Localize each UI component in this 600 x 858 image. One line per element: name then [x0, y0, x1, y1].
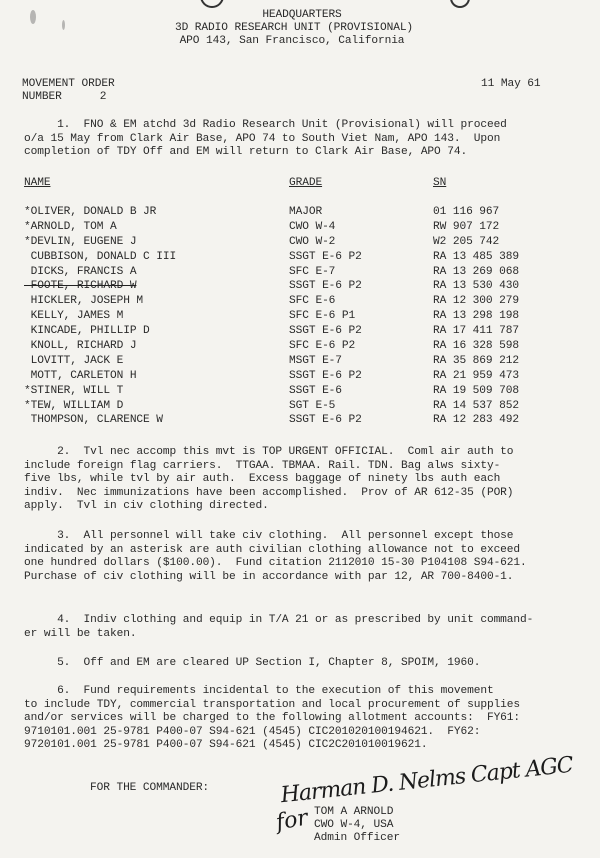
cell-name: *STINER, WILL T	[24, 385, 123, 398]
cell-grade: SFC E-6 P1	[289, 310, 355, 323]
paragraph-line: 9710101.001 25-9781 P400-07 S94-621 (454…	[24, 726, 584, 740]
cell-sn: RA 12 283 492	[433, 414, 519, 427]
paragraph-line: Purchase of civ clothing will be in acco…	[24, 571, 584, 585]
paragraph-line: indiv. Nec immunizations have been accom…	[24, 487, 584, 501]
table-row: MOTT, CARLETON HSSGT E-6 P2RA 21 959 473	[24, 370, 584, 385]
cell-sn: RA 14 537 852	[433, 400, 519, 413]
cell-name: *TEW, WILLIAM D	[24, 400, 123, 413]
table-row: *TEW, WILLIAM DSGT E-5RA 14 537 852	[24, 400, 584, 415]
cell-name: LOVITT, JACK E	[24, 355, 123, 368]
table-row: *ARNOLD, TOM ACWO W-4RW 907 172	[24, 221, 584, 236]
table-row: FOOTE, RICHARD WSSGT E-6 P2RA 13 530 430	[24, 280, 584, 295]
paragraph-4: 4. Indiv clothing and equip in T/A 21 or…	[24, 614, 584, 641]
cell-grade: MSGT E-7	[289, 355, 342, 368]
letterhead-line1: HEADQUARTERS	[4, 9, 600, 22]
paragraph-line: er will be taken.	[24, 628, 584, 642]
paragraph-2: 2. Tvl nec accomp this mvt is TOP URGENT…	[24, 446, 584, 514]
cell-sn: RA 13 269 068	[433, 266, 519, 279]
cell-grade: SSGT E-6 P2	[289, 414, 362, 427]
header-sn: SN	[433, 177, 446, 190]
signer-title: Admin Officer	[314, 832, 400, 845]
paragraph-1: 1. FNO & EM atchd 3d Radio Research Unit…	[24, 119, 584, 160]
cell-grade: CWO W-2	[289, 236, 335, 249]
cell-sn: RA 35 869 212	[433, 355, 519, 368]
paragraph-line: indicated by an asterisk are auth civili…	[24, 544, 584, 558]
cell-sn: RA 12 300 279	[433, 295, 519, 308]
order-date: 11 May 61	[481, 78, 541, 91]
cell-grade: SFC E-6	[289, 295, 335, 308]
paragraph-line: one hundred dollars ($100.00). Fund cita…	[24, 557, 584, 571]
personnel-rows: *OLIVER, DONALD B JRMAJOR01 116 967*ARNO…	[24, 206, 584, 429]
cell-name: *ARNOLD, TOM A	[24, 221, 117, 234]
paragraph-line: apply. Tvl in civ clothing directed.	[24, 500, 584, 514]
cell-name: DICKS, FRANCIS A	[24, 266, 136, 279]
cell-name: KNOLL, RICHARD J	[24, 340, 136, 353]
table-row: HICKLER, JOSEPH MSFC E-6RA 12 300 279	[24, 295, 584, 310]
paragraph-line: 5. Off and EM are cleared UP Section I, …	[24, 657, 584, 671]
cell-sn: RA 17 411 787	[433, 325, 519, 338]
signer-name: TOM A ARNOLD	[314, 806, 400, 819]
table-row: THOMPSON, CLARENCE WSSGT E-6 P2RA 12 283…	[24, 414, 584, 429]
cell-sn: RA 21 959 473	[433, 370, 519, 383]
cell-name: *DEVLIN, EUGENE J	[24, 236, 136, 249]
cell-name: HICKLER, JOSEPH M	[24, 295, 143, 308]
cell-grade: SSGT E-6	[289, 385, 342, 398]
paragraph-5: 5. Off and EM are cleared UP Section I, …	[24, 657, 584, 671]
cell-grade: SSGT E-6 P2	[289, 280, 362, 293]
cell-grade: SSGT E-6 P2	[289, 370, 362, 383]
table-row: *DEVLIN, EUGENE JCWO W-2W2 205 742	[24, 236, 584, 251]
cell-grade: MAJOR	[289, 206, 322, 219]
letterhead: HEADQUARTERS 3D RADIO RESEARCH UNIT (PRO…	[0, 9, 600, 48]
header-grade: GRADE	[289, 177, 322, 190]
signature-block: TOM A ARNOLD CWO W-4, USA Admin Officer	[314, 806, 400, 845]
order-number: 2	[100, 91, 107, 104]
table-row: *OLIVER, DONALD B JRMAJOR01 116 967	[24, 206, 584, 221]
cell-sn: RW 907 172	[433, 221, 499, 234]
table-row: KINCADE, PHILLIP DSSGT E-6 P2RA 17 411 7…	[24, 325, 584, 340]
cell-grade: SGT E-5	[289, 400, 335, 413]
cell-sn: RA 13 485 389	[433, 251, 519, 264]
header-name: NAME	[24, 177, 50, 190]
cell-grade: SSGT E-6 P2	[289, 325, 362, 338]
handwritten-signature: Harman D. Nelms Capt AGC	[279, 753, 573, 809]
order-number-line: NUMBER2	[22, 91, 115, 104]
paragraph-line: five lbs, while tvl by air auth. Excess …	[24, 473, 584, 487]
cell-grade: SFC E-6 P2	[289, 340, 355, 353]
cell-grade: SFC E-7	[289, 266, 335, 279]
paragraph-3: 3. All personnel will take civ clothing.…	[24, 530, 584, 584]
table-row: KNOLL, RICHARD JSFC E-6 P2RA 16 328 598	[24, 340, 584, 355]
paragraph-line: 1. FNO & EM atchd 3d Radio Research Unit…	[24, 119, 584, 133]
paragraph-line: include foreign flag carriers. TTGAA. TB…	[24, 460, 584, 474]
table-row: DICKS, FRANCIS ASFC E-7RA 13 269 068	[24, 266, 584, 281]
cell-sn: W2 205 742	[433, 236, 499, 249]
paragraph-line: 4. Indiv clothing and equip in T/A 21 or…	[24, 614, 584, 628]
cell-name: CUBBISON, DONALD C III	[24, 251, 176, 264]
paragraph-line: completion of TDY Off and EM will return…	[24, 146, 584, 160]
movement-order-document: HEADQUARTERS 3D RADIO RESEARCH UNIT (PRO…	[0, 0, 600, 858]
cell-sn: RA 13 298 198	[433, 310, 519, 323]
letterhead-line2: 3D RADIO RESEARCH UNIT (PROVISIONAL)	[0, 22, 600, 35]
cell-sn: RA 13 530 430	[433, 280, 519, 293]
cell-grade: SSGT E-6 P2	[289, 251, 362, 264]
paragraph-line: o/a 15 May from Clark Air Base, APO 74 t…	[24, 133, 584, 147]
personnel-table-header: NAME GRADE SN	[24, 177, 584, 190]
punch-mark	[450, 0, 470, 8]
for-the-commander: FOR THE COMMANDER:	[90, 782, 209, 795]
table-row: LOVITT, JACK EMSGT E-7RA 35 869 212	[24, 355, 584, 370]
cell-name: KELLY, JAMES M	[24, 310, 123, 323]
cell-name: MOTT, CARLETON H	[24, 370, 136, 383]
personnel-table: NAME GRADE SN *OLIVER, DONALD B JRMAJOR0…	[24, 177, 584, 429]
paragraph-line: 9720101.001 25-9781 P400-07 S94-621 (454…	[24, 739, 584, 753]
paragraph-line: 2. Tvl nec accomp this mvt is TOP URGENT…	[24, 446, 584, 460]
table-row: CUBBISON, DONALD C IIISSGT E-6 P2RA 13 4…	[24, 251, 584, 266]
letterhead-line3: APO 143, San Francisco, California	[0, 35, 600, 48]
cell-name: THOMPSON, CLARENCE W	[24, 414, 163, 427]
cell-name: FOOTE, RICHARD W	[24, 280, 136, 293]
order-number-label: NUMBER	[22, 91, 62, 103]
cell-sn: RA 16 328 598	[433, 340, 519, 353]
handwritten-for: for	[274, 805, 310, 835]
cell-grade: CWO W-4	[289, 221, 335, 234]
table-row: KELLY, JAMES MSFC E-6 P1RA 13 298 198	[24, 310, 584, 325]
cell-sn: 01 116 967	[433, 206, 499, 219]
cell-name: KINCADE, PHILLIP D	[24, 325, 150, 338]
paragraph-line: to include TDY, commercial transportatio…	[24, 699, 584, 713]
signer-rank: CWO W-4, USA	[314, 819, 400, 832]
paragraph-line: 6. Fund requirements incidental to the e…	[24, 685, 584, 699]
paragraph-line: and/or services will be charged to the f…	[24, 712, 584, 726]
punch-mark	[200, 0, 224, 8]
order-label: MOVEMENT ORDER	[22, 78, 115, 91]
cell-name: *OLIVER, DONALD B JR	[24, 206, 156, 219]
paragraph-6: 6. Fund requirements incidental to the e…	[24, 685, 584, 753]
table-row: *STINER, WILL TSSGT E-6RA 19 509 708	[24, 385, 584, 400]
order-designation: MOVEMENT ORDER NUMBER2	[22, 78, 115, 104]
cell-sn: RA 19 509 708	[433, 385, 519, 398]
paragraph-line: 3. All personnel will take civ clothing.…	[24, 530, 584, 544]
